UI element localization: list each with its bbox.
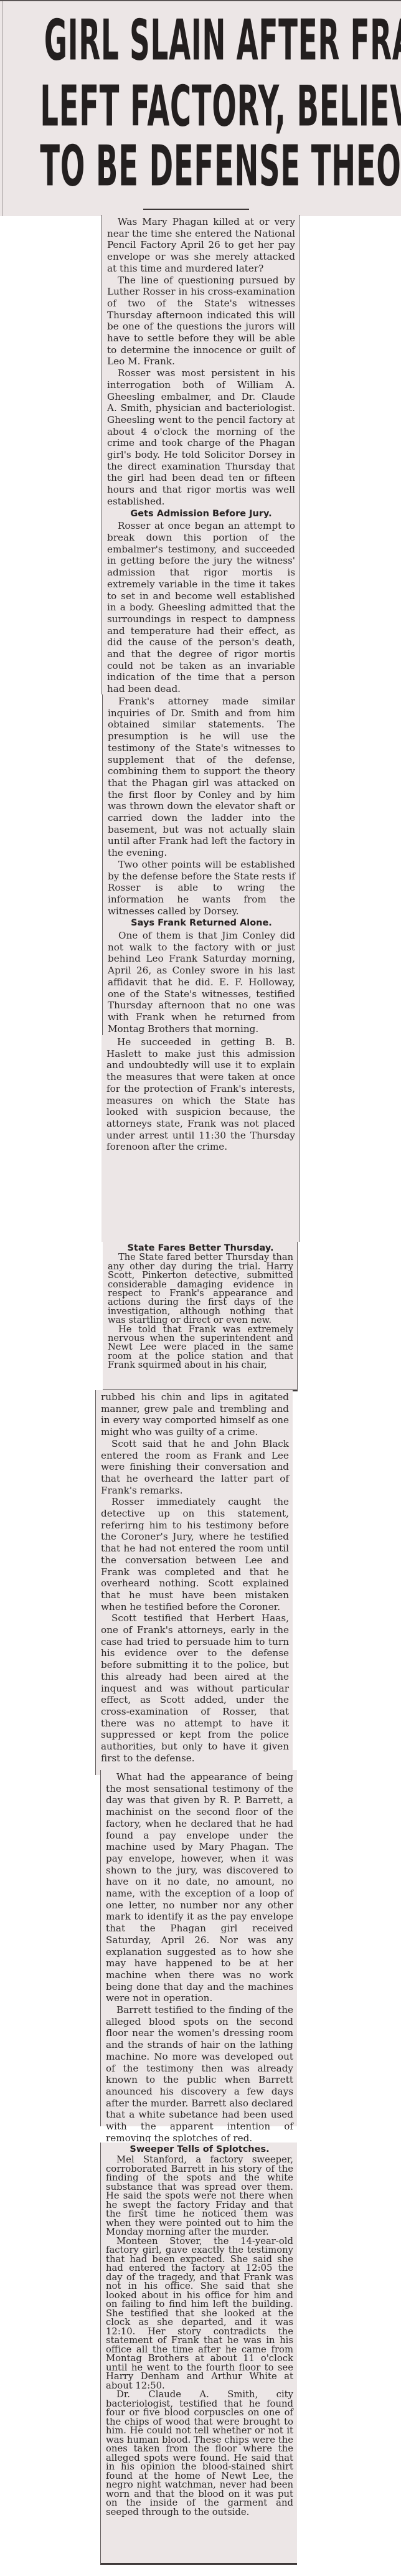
article-paragraph: What had the appearance of being the mos… [106, 1771, 293, 2004]
article-paragraph: He succeeded in getting B. B. Haslett to… [106, 1036, 295, 1153]
subheading: Gets Admission Before Jury. [107, 508, 295, 520]
article-paragraph: Scott said that he and John Black entere… [101, 1438, 289, 1497]
headline-divider-rule [143, 209, 249, 210]
article-segment-7: Sweeper Tells of Splotches. Mel Stanford… [100, 2143, 297, 2565]
article-paragraph: One of them is that Jim Conley did not w… [108, 930, 295, 1035]
article-segment-1: Was Mary Phagan killed at or very near t… [101, 215, 300, 694]
article-paragraph: Rosser at once began an attempt to break… [107, 520, 295, 695]
article-paragraph: Rosser was most persistent in his interr… [107, 367, 295, 507]
article-paragraph: rubbed his chin and lips in agitated man… [101, 1391, 289, 1438]
article-paragraph: Monteen Stover, the 14-year-old factory … [106, 2237, 293, 2391]
article-segment-5: rubbed his chin and lips in agitated man… [95, 1390, 293, 1775]
article-paragraph: Two other points will be established by … [108, 859, 295, 917]
article-paragraph: Frank's attorney made similar inquiries … [108, 696, 295, 859]
article-paragraph: The State fared better Thursday than any… [108, 1253, 293, 1325]
article-paragraph: Scott testified that Herbert Haas, one o… [101, 1612, 289, 1764]
article-segment-2: Frank's attorney made similar inquiries … [102, 694, 300, 1037]
article-paragraph: Dr. Claude A. Smith, city bacteriologist… [106, 2390, 293, 2517]
headline-block: GIRL SLAIN AFTER FRANK LEFT FACTORY, BEL… [0, 0, 401, 216]
headline-line-2: LEFT FACTORY, BELIEVED [40, 73, 361, 139]
subheading: Sweeper Tells of Splotches. [106, 2144, 293, 2155]
article-paragraph: Mel Stanford, a factory sweeper, corrobo… [106, 2156, 293, 2237]
article-paragraph: Rosser immediately caught the detective … [101, 1496, 289, 1612]
article-paragraph: He told that Frank was extremely nervous… [108, 1325, 293, 1370]
article-paragraph: Barrett testified to the finding of the … [106, 2004, 293, 2144]
subheading: State Fares Better Thursday. [108, 1244, 293, 1252]
subheading: Says Frank Returned Alone. [108, 917, 295, 929]
article-paragraph: Was Mary Phagan killed at or very near t… [107, 216, 295, 275]
article-segment-3: He succeeded in getting B. B. Haslett to… [101, 1035, 300, 1242]
article-segment-4: State Fares Better Thursday. The State f… [103, 1242, 298, 1391]
article-paragraph: The line of questioning pursued by Luthe… [107, 275, 295, 368]
headline-line-1: GIRL SLAIN AFTER FRANK [44, 7, 357, 73]
article-segment-6: What had the appearance of being the mos… [100, 1770, 297, 2126]
headline-line-3: TO BE DEFENSE THEORY [40, 133, 361, 199]
